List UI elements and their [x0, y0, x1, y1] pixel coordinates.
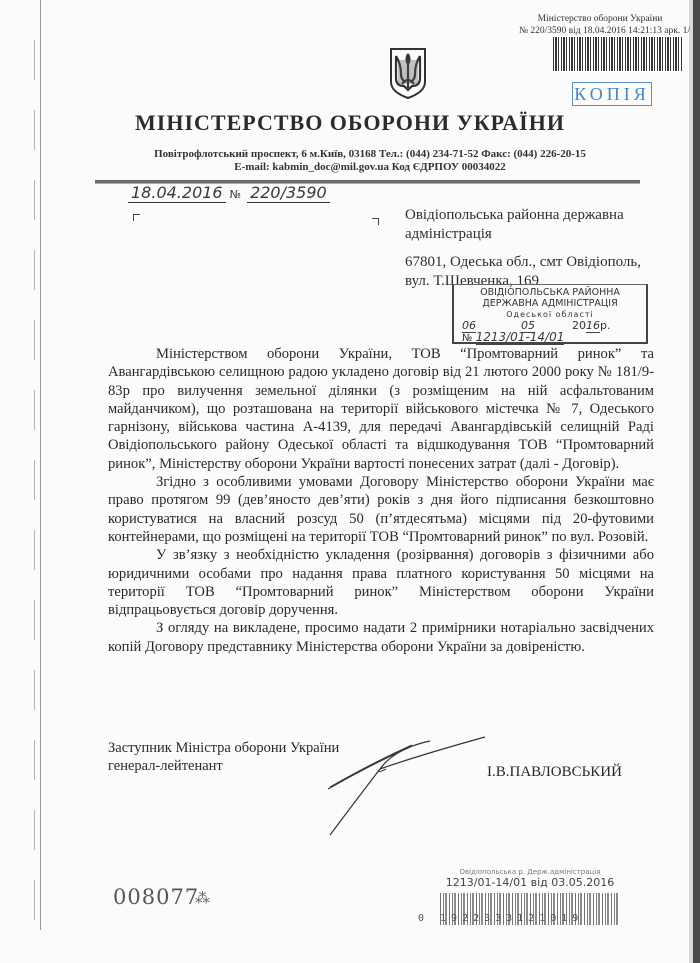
registration-stamp-bottom: Овідіопольська р. Держ.адміністрація 121…: [420, 868, 640, 889]
body-paragraph: Згідно з особливими умовами Договору Мін…: [108, 473, 654, 546]
address-corner-mark: [372, 218, 379, 225]
registration-stamp-top: Міністерство оборони України № 220/3590 …: [490, 13, 690, 37]
stamp-year-suffix: 16: [586, 319, 600, 333]
signer-name: І.В.ПАВЛОВСЬКИЙ: [487, 764, 622, 781]
stamp-day: 06: [462, 319, 476, 333]
stamp-org-line1: ОВІДІОПОЛЬСЬКА РАЙОННА: [454, 287, 646, 298]
number-sign: №: [230, 188, 241, 201]
incoming-registration-stamp: ОВІДІОПОЛЬСЬКА РАЙОННА ДЕРЖАВНА АДМІНІСТ…: [452, 284, 648, 344]
letterhead-address: Повітрофлотський проспект, 6 м.Київ, 031…: [120, 148, 620, 174]
scanned-letter-page: Міністерство оборони України № 220/3590 …: [0, 0, 700, 963]
copy-stamp: КОПІЯ: [572, 82, 652, 106]
stamp-year-prefix: 20: [572, 319, 586, 332]
scan-edge-line: [40, 0, 41, 930]
outgoing-number: 220/3590: [247, 183, 330, 203]
barcode-top: [553, 37, 683, 71]
outgoing-reference: 18.04.2016№220/3590: [128, 183, 330, 202]
address-line: Повітрофлотський проспект, 6 м.Київ, 031…: [120, 148, 620, 161]
stamp-number: № 1213/01-14/01: [462, 332, 564, 344]
scan-edge-dark-strip: [693, 0, 700, 963]
registration-org: Овідіопольська р. Держ.адміністрація: [420, 868, 640, 876]
ministry-title: МІНІСТЕРСТВО ОБОРОНИ УКРАЇНИ: [0, 110, 700, 136]
stamp-year-mark: р.: [600, 319, 610, 332]
recipient-name: Овідіопольська районна державна: [405, 206, 685, 225]
recipient-address: 67801, Одеська обл., смт Овідіополь,: [405, 253, 685, 272]
serial-asterism-icon: ⁂: [195, 889, 210, 908]
body-paragraph: Міністерством оборони України, ТОВ “Пром…: [108, 345, 654, 473]
stamp-number-value: 1213/01-14/01: [476, 330, 565, 345]
stamp-region: Одеської області: [454, 309, 646, 320]
trident-coat-of-arms-icon: [388, 46, 428, 100]
stamp-org-line2: ДЕРЖАВНА АДМІНІСТРАЦІЯ: [454, 298, 646, 309]
body-paragraph: З огляду на викладене, просимо надати 2 …: [108, 619, 654, 656]
recipient-block: Овідіопольська районна державна адмініст…: [405, 206, 685, 291]
address-corner-mark: [133, 214, 140, 221]
recipient-name-cont: адміністрація: [405, 225, 685, 244]
barcode-digits: 0 1922333121019: [418, 913, 623, 924]
letter-body: Міністерством оборони України, ТОВ “Пром…: [108, 345, 654, 656]
outgoing-date: 18.04.2016: [128, 183, 226, 203]
form-serial-number: 008077: [113, 885, 199, 909]
handwritten-signature-icon: [300, 735, 490, 845]
stamp-number-sign: №: [462, 333, 472, 344]
contact-line: E-mail: kabmin_doc@mil.gov.ua Код ЄДРПОУ…: [120, 161, 620, 174]
body-paragraph: У зв’язку з необхідністю укладення (розі…: [108, 546, 654, 619]
registration-stamp-number: № 220/3590 від 18.04.2016 14:21:13 арк. …: [490, 25, 690, 37]
scan-edge-shadow: [34, 40, 35, 920]
registration-number: 1213/01-14/01 від 03.05.2016: [420, 876, 640, 889]
registration-stamp-org: Міністерство оборони України: [490, 13, 690, 25]
